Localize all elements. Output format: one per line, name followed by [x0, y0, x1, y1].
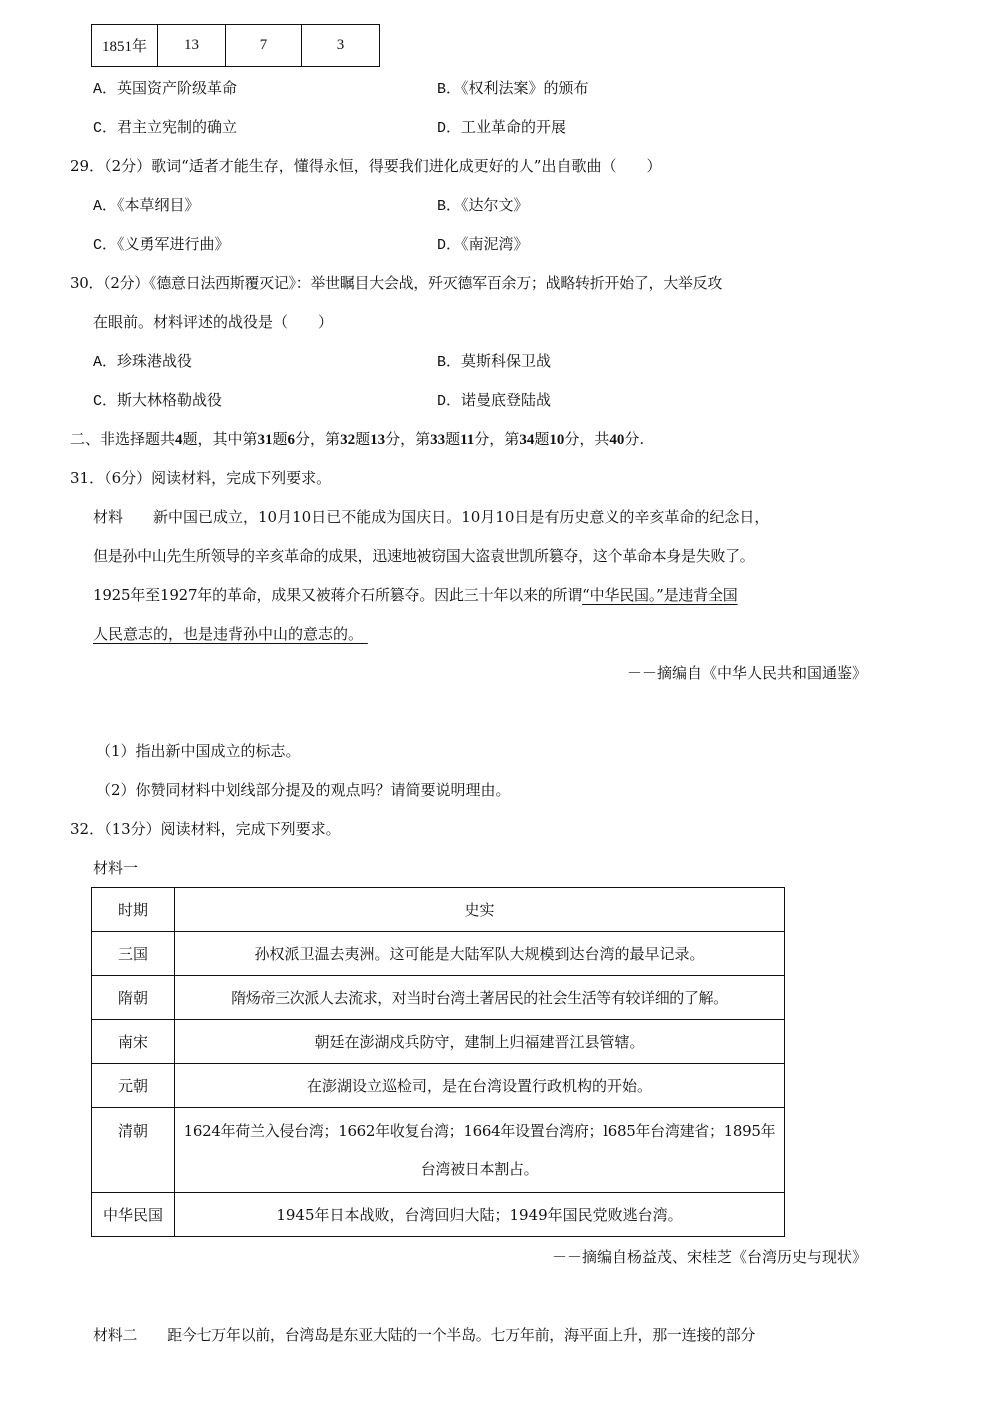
underlined-viewpoint: “中华民国。”是违背全国	[582, 586, 737, 604]
q28-option-a: A．英国资产阶级革命	[93, 78, 237, 100]
q31-sub-question-2: （2）你赞同材料中划线部分提及的观点吗？请简要说明理由。	[96, 780, 511, 800]
q28-option-c: C．君主立宪制的确立	[93, 117, 237, 139]
q30-option-a: A．珍珠港战役	[93, 351, 192, 373]
cell-fact: 在澎湖设立巡检司，是在台湾设置行政机构的开始。	[175, 1064, 785, 1108]
header-period: 时期	[92, 888, 175, 932]
q30-option-b: B．莫斯科保卫战	[437, 351, 551, 373]
table-row: 1851年 13 7 3	[92, 25, 380, 67]
table-row: 中华民国 1945年日本战败，台湾回归大陆；1949年国民党败逃台湾。	[92, 1193, 785, 1237]
cell-period: 清朝	[92, 1108, 175, 1193]
underlined-viewpoint: 人民意志的，也是违背孙中山的意志的。	[93, 625, 363, 643]
cell-period: 隋朝	[92, 976, 175, 1020]
q28-option-b: B．《权利法案》的颁布	[437, 78, 589, 100]
q31-material-line3: 1925年至1927年的革命，成果又被蒋介石所篡夺。因此三十年以来的所谓“中华民…	[93, 585, 738, 605]
q31-material-line1: 材料新中国已成立，10月10日已不能成为国庆日。10月10日是有历史意义的辛亥革…	[93, 507, 769, 527]
table-row: 清朝 1624年荷兰入侵台湾；1662年收复台湾；1664年设置台湾府；l685…	[92, 1108, 785, 1193]
table-cell-year: 1851年	[92, 25, 158, 67]
q30-option-c: C．斯大林格勒战役	[93, 390, 222, 412]
cell-fact: 1945年日本战败，台湾回归大陆；1949年国民党败逃台湾。	[175, 1193, 785, 1237]
section-2-heading: 二、非选择题共4题，其中第31题6分，第32题13分，第33题11分，第34题1…	[70, 429, 644, 450]
q30-stem-line2: 在眼前。材料评述的战役是（ ）	[93, 312, 333, 332]
q32-material2-line1: 材料二距今七万年以前，台湾岛是东亚大陆的一个半岛。七万年前，海平面上升，那一连接…	[93, 1325, 755, 1345]
q29-option-b: B．《达尔文》	[437, 195, 529, 217]
table-cell: 13	[158, 25, 226, 67]
q32-material1-label: 材料一	[93, 858, 138, 878]
table-cell: 7	[226, 25, 302, 67]
q31-source: －－摘编自《中华人民共和国通鉴》	[627, 663, 867, 683]
q32-stem: 32．（13分）阅读材料，完成下列要求。	[70, 819, 341, 839]
cell-period: 三国	[92, 932, 175, 976]
table-header-row: 时期 史实	[92, 888, 785, 932]
q29-option-c: C．《义勇军进行曲》	[93, 234, 230, 256]
statistics-table-fragment: 1851年 13 7 3	[91, 24, 380, 67]
q29-option-a: A．《本草纲目》	[93, 195, 200, 217]
cell-period: 南宋	[92, 1020, 175, 1064]
material-label: 材料二	[93, 1326, 137, 1344]
cell-fact: 朝廷在澎湖戍兵防守，建制上归福建晋江县管辖。	[175, 1020, 785, 1064]
q31-sub-question-1: （1）指出新中国成立的标志。	[96, 741, 301, 761]
q29-option-d: D．《南泥湾》	[437, 234, 529, 256]
cell-period: 中华民国	[92, 1193, 175, 1237]
q32-source: －－摘编自杨益茂、宋桂芝《台湾历史与现状》	[552, 1247, 867, 1267]
cell-fact: 孙权派卫温去夷洲。这可能是大陆军队大规模到达台湾的最早记录。	[175, 932, 785, 976]
taiwan-history-table: 时期 史实 三国 孙权派卫温去夷洲。这可能是大陆军队大规模到达台湾的最早记录。 …	[91, 887, 785, 1237]
q30-option-d: D．诺曼底登陆战	[437, 390, 551, 412]
table-row: 三国 孙权派卫温去夷洲。这可能是大陆军队大规模到达台湾的最早记录。	[92, 932, 785, 976]
material-label: 材料	[93, 508, 123, 526]
q29-stem: 29．（2分）歌词“适者才能生存，懂得永恒，得要我们进化成更好的人”出自歌曲（ …	[70, 156, 661, 176]
header-fact: 史实	[175, 888, 785, 932]
table-row: 南宋 朝廷在澎湖戍兵防守，建制上归福建晋江县管辖。	[92, 1020, 785, 1064]
table-row: 元朝 在澎湖设立巡检司，是在台湾设置行政机构的开始。	[92, 1064, 785, 1108]
q31-stem: 31．（6分）阅读材料，完成下列要求。	[70, 468, 331, 488]
q31-material-line2: 但是孙中山先生所领导的辛亥革命的成果，迅速地被窃国大盗袁世凯所篡夺，这个革命本身…	[93, 546, 755, 566]
cell-fact: 1624年荷兰入侵台湾；1662年收复台湾；1664年设置台湾府；l685年台湾…	[175, 1108, 785, 1193]
table-cell: 3	[302, 25, 380, 67]
q28-option-d: D．工业革命的开展	[437, 117, 566, 139]
cell-fact: 隋炀帝三次派人去流求，对当时台湾土著居民的社会生活等有较详细的了解。	[175, 976, 785, 1020]
q30-stem-line1: 30．（2分）《德意日法西斯覆灭记》：举世瞩目大会战，歼灭德军百余万；战略转折开…	[70, 273, 722, 293]
q31-material-line4: 人民意志的，也是违背孙中山的意志的。	[93, 624, 368, 644]
table-row: 隋朝 隋炀帝三次派人去流求，对当时台湾土著居民的社会生活等有较详细的了解。	[92, 976, 785, 1020]
cell-period: 元朝	[92, 1064, 175, 1108]
